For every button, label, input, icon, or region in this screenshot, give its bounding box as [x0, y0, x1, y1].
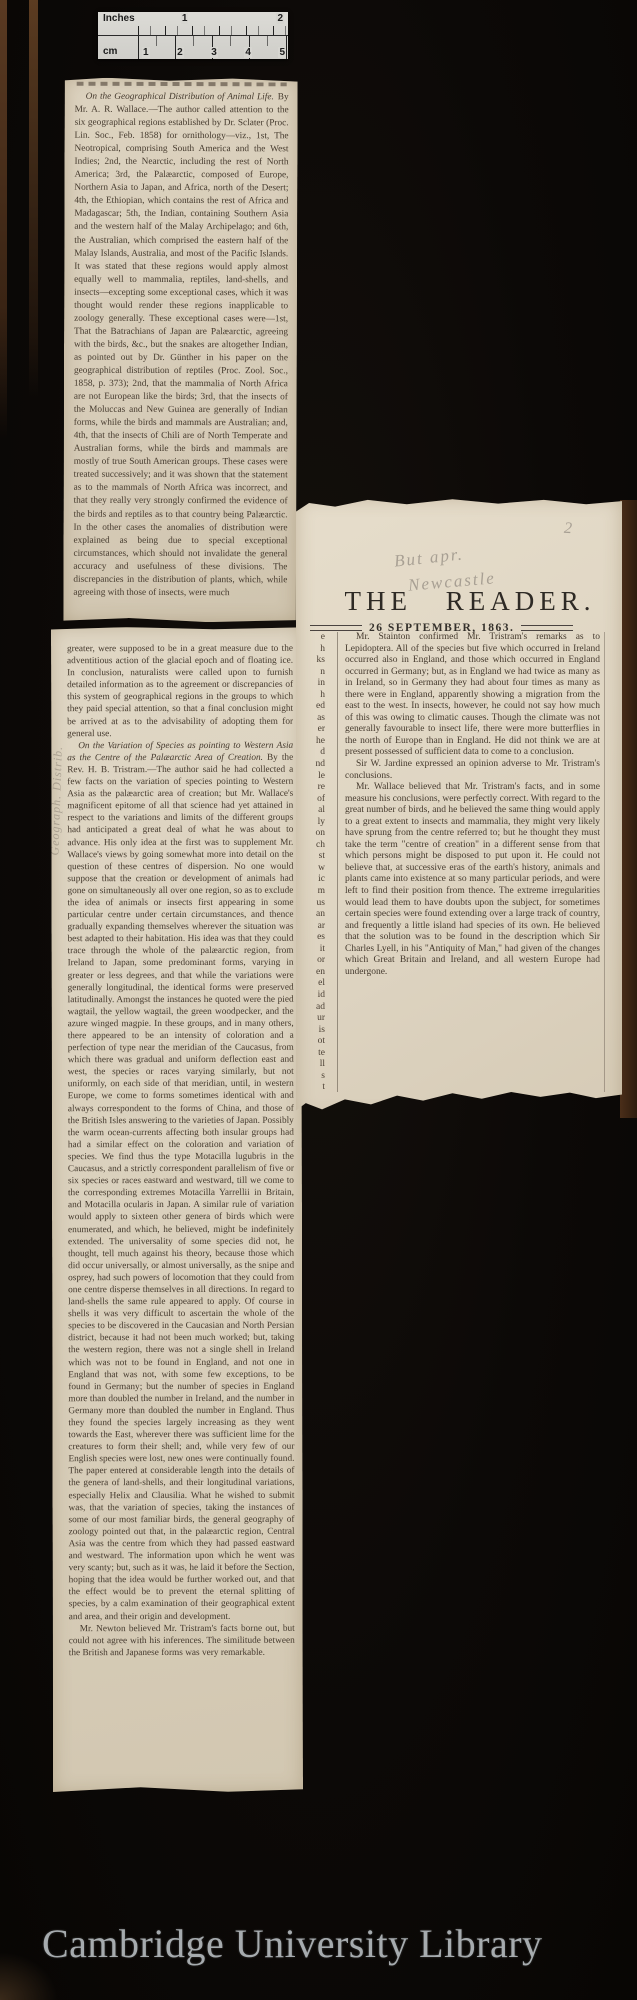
reader-masthead: THE READER. — [332, 586, 608, 617]
edge-fragment: ic — [298, 874, 325, 886]
edge-fragment: al — [298, 805, 325, 817]
edge-fragment: s — [298, 1071, 325, 1083]
ruler-cm-scale: cm 12345 — [98, 36, 288, 59]
edge-fragment: ad — [298, 1002, 325, 1014]
article-wallace-title: On the Geographical Distribution of Anim… — [86, 92, 274, 102]
edge-fragment: he — [298, 736, 325, 748]
cm-number: 4 — [244, 47, 252, 58]
cm-numbers: 12345 — [142, 47, 286, 58]
edge-fragment: id — [298, 990, 325, 1002]
edge-fragment: ed — [298, 701, 325, 713]
date-rule-left — [310, 625, 362, 631]
inch-number: 1 — [181, 13, 189, 24]
edge-fragment: of — [298, 794, 325, 806]
paragraph-stainton: Mr. Stainton confirmed Mr. Tristram's re… — [345, 632, 600, 759]
edge-fragment: an — [298, 909, 325, 921]
cm-number: 5 — [278, 47, 286, 58]
margin-note-handwriting: Geograph. Distrib. — [47, 695, 67, 855]
edge-fragment: ur — [298, 1013, 325, 1025]
edge-fragment: us — [298, 898, 325, 910]
edge-fragment: t — [298, 1082, 325, 1090]
edge-fragment: st — [298, 851, 325, 863]
edge-fragment: it — [298, 944, 325, 956]
edge-fragment: h — [298, 690, 325, 702]
edge-fragment: m — [298, 886, 325, 898]
edge-fragment: nd — [298, 759, 325, 771]
library-scan-page: Inches 12 cm 12345 On the Geographical D… — [0, 0, 637, 2000]
edge-fragment: le — [298, 771, 325, 783]
edge-fragment: is — [298, 1025, 325, 1037]
edge-fragment: ly — [298, 817, 325, 829]
continuation-paragraph: greater, were supposed to be in a great … — [67, 643, 293, 740]
edge-fragment: er — [298, 724, 325, 736]
paragraph-wallace: Mr. Wallace believed that Mr. Tristram's… — [345, 782, 600, 978]
edge-fragment: ot — [298, 1036, 325, 1048]
paragraph-jardine: Sir W. Jardine expressed an opinion adve… — [345, 759, 600, 782]
edge-fragment: or — [298, 955, 325, 967]
cm-number: 3 — [210, 47, 218, 58]
cm-number: 1 — [142, 47, 150, 58]
edge-fragment: ar — [298, 921, 325, 933]
edge-fragment: d — [298, 747, 325, 759]
pencil-annotation-line1: But apr. — [393, 544, 465, 571]
edge-fragment: h — [298, 644, 325, 656]
right-page-edge — [620, 500, 637, 1118]
ruler-inches-label: Inches — [103, 13, 135, 24]
pencil-page-number: 2 — [564, 520, 573, 538]
paragraph-newton: Mr. Newton believed Mr. Tristram's facts… — [69, 1622, 295, 1659]
edge-fragment: el — [298, 978, 325, 990]
article-tristram-body: By the Rev. H. B. Tristram.—The author s… — [67, 753, 294, 1622]
edge-fragment: ks — [298, 655, 325, 667]
edge-fragment: en — [298, 967, 325, 979]
edge-fragment: as — [298, 713, 325, 725]
article-wallace-body: By Mr. A. R. Wallace.—The author called … — [73, 92, 288, 598]
cm-number: 2 — [176, 47, 184, 58]
edge-fragment: ch — [298, 840, 325, 852]
article-tristram: On the Variation of Species as pointing … — [67, 740, 295, 1623]
measuring-ruler: Inches 12 cm 12345 — [98, 12, 288, 59]
clipping-tristram-article: greater, were supposed to be in a great … — [51, 627, 303, 1793]
article-tristram-title: On the Variation of Species as pointing … — [67, 741, 293, 763]
edge-fragment: in — [298, 678, 325, 690]
edge-fragment: re — [298, 782, 325, 794]
clipping-wallace-article: On the Geographical Distribution of Anim… — [63, 78, 297, 623]
inch-number: 2 — [276, 13, 284, 24]
ruler-inch-scale: Inches 12 — [98, 12, 288, 36]
edge-fragment: e — [298, 632, 325, 644]
inch-numbers: 12 — [142, 13, 284, 24]
footer-watermark: Cambridge University Library — [42, 1920, 602, 1967]
reader-text-column: Mr. Stainton confirmed Mr. Tristram's re… — [337, 632, 605, 1092]
column-edge-fragments: ehksninhedaserhedndlereofallyonchstwicmu… — [298, 632, 330, 1090]
left-page-edge — [0, 0, 7, 438]
date-rule-right — [521, 625, 573, 631]
edge-fragment: on — [298, 828, 325, 840]
edge-fragment: w — [298, 863, 325, 875]
edge-fragment: ll — [298, 1059, 325, 1071]
inner-binding-edge — [29, 0, 38, 398]
ruler-cm-label: cm — [103, 46, 117, 57]
inch-tick-marks — [138, 26, 288, 35]
edge-fragment: te — [298, 1048, 325, 1060]
clipping-reader: 2 But apr. Newcastle THE READER. 26 SEPT… — [296, 498, 622, 1118]
article-wallace: On the Geographical Distribution of Anim… — [73, 91, 288, 600]
edge-fragment: es — [298, 932, 325, 944]
edge-fragment: n — [298, 667, 325, 679]
clipping-top-cut-line — [77, 82, 287, 87]
